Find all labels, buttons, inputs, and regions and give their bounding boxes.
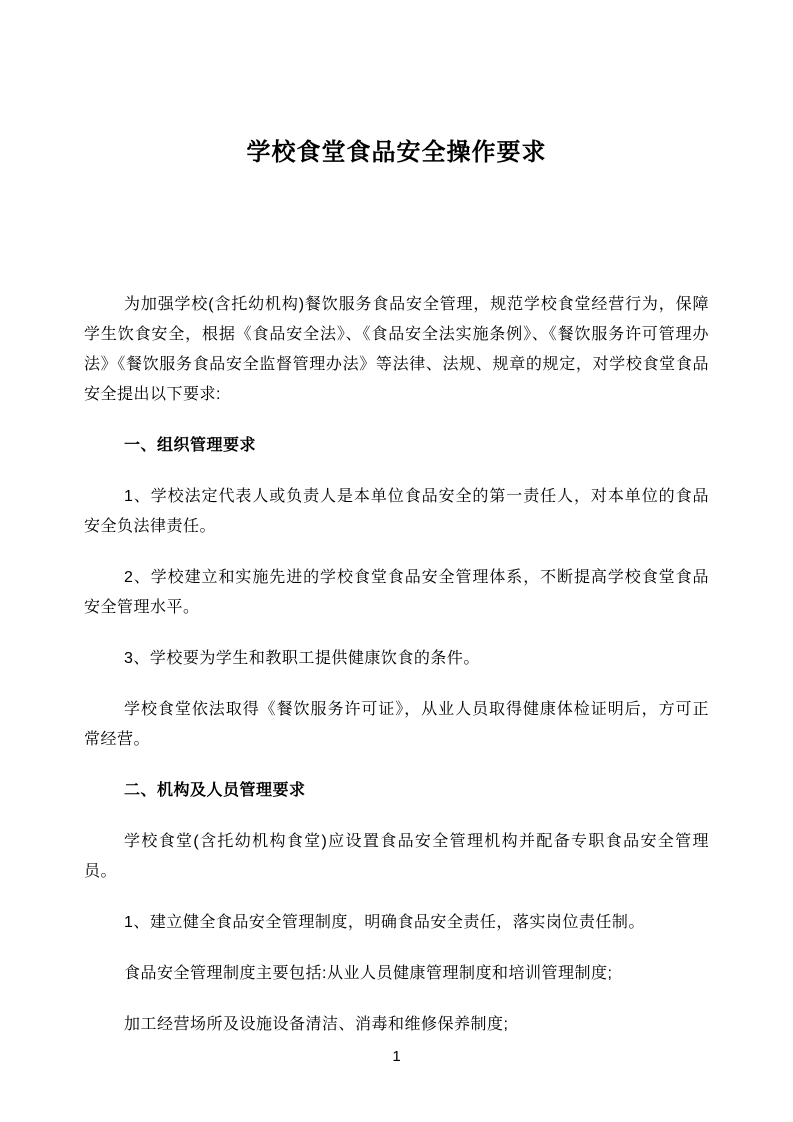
paragraph-rules-include: 食品安全管理制度主要包括:从业人员健康管理制度和培训管理制度; [84,959,709,989]
paragraph-safety-manager: 学校食堂(含托幼机构食堂)应设置食品安全管理机构并配备专职食品安全管理员。 [84,827,709,887]
paragraph-management-system: 2、学校建立和实施先进的学校食堂食品安全管理体系，不断提高学校食堂食品安全管理水… [84,563,709,623]
document-page: 学校食堂食品安全操作要求 为加强学校(含托幼机构)餐饮服务食品安全管理，规范学校… [0,0,793,1122]
section-heading-staff-management: 二、机构及人员管理要求 [84,776,709,806]
page-number: 1 [0,1046,793,1068]
document-body: 为加强学校(含托幼机构)餐饮服务食品安全管理，规范学校食堂经营行为，保障学生饮食… [84,290,709,1040]
paragraph-legal-representative: 1、学校法定代表人或负责人是本单位食品安全的第一责任人，对本单位的食品安全负法律… [84,482,709,542]
paragraph-intro: 为加强学校(含托幼机构)餐饮服务食品安全管理，规范学校食堂经营行为，保障学生饮食… [84,290,709,410]
paragraph-safety-rules: 1、建立健全食品安全管理制度，明确食品安全责任，落实岗位责任制。 [84,908,709,938]
paragraph-license: 学校食堂依法取得《餐饮服务许可证》，从业人员取得健康体检证明后，方可正常经营。 [84,695,709,755]
paragraph-healthy-diet: 3、学校要为学生和教职工提供健康饮食的条件。 [84,644,709,674]
paragraph-cleaning-maintenance: 加工经营场所及设施设备清洁、消毒和维修保养制度; [84,1010,709,1040]
document-title: 学校食堂食品安全操作要求 [0,0,793,170]
section-heading-organization-management: 一、组织管理要求 [84,431,709,461]
